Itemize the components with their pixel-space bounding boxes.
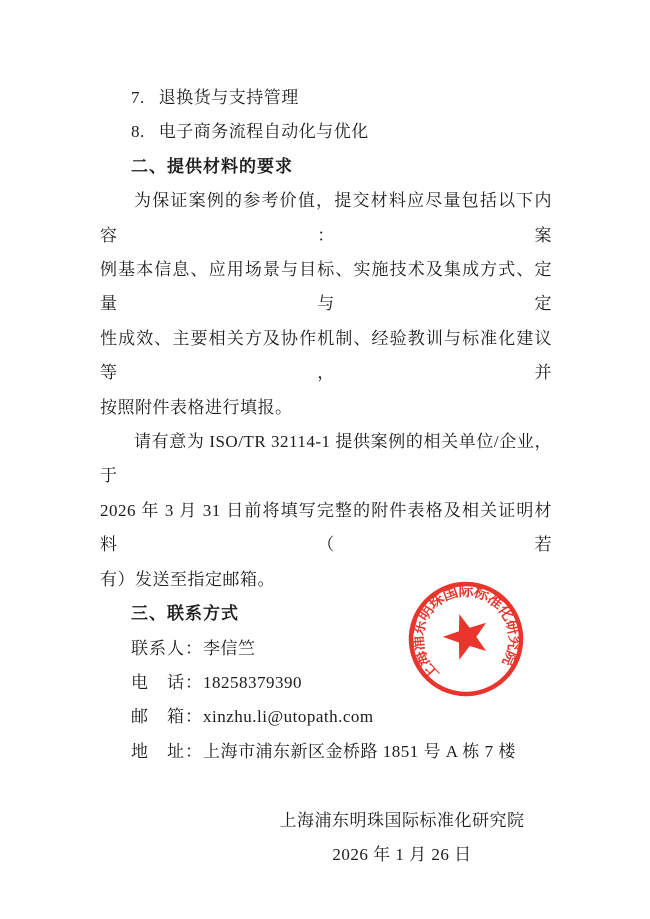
list-item-label: 电子商务流程自动化与优化: [159, 122, 369, 141]
list-item: 8.电子商务流程自动化与优化: [100, 115, 552, 149]
paragraph-line: 例基本信息、应用场景与目标、实施技术及集成方式、定量与定: [100, 253, 552, 322]
paragraph-line: 有）发送至指定邮箱。: [100, 563, 552, 597]
contact-line-person: 联系人：李信竺: [100, 632, 552, 666]
signature-organization: 上海浦东明珠国际标准化研究院: [262, 804, 542, 838]
contact-label: 电 话：: [131, 673, 203, 692]
contact-label: 邮 箱：: [131, 707, 203, 726]
list-item-number: 7.: [131, 81, 145, 115]
paragraph-line: 性成效、主要相关方及协作机制、经验教训与标准化建议等，并: [100, 322, 552, 391]
contact-line-phone: 电 话：18258379390: [100, 666, 552, 700]
section-heading-contact: 三、联系方式: [100, 597, 552, 631]
document-content: 7.退换货与支持管理 8.电子商务流程自动化与优化 二、提供材料的要求 为保证案…: [0, 0, 650, 872]
section-heading-materials: 二、提供材料的要求: [100, 150, 552, 184]
paragraph-line: 为保证案例的参考价值，提交材料应尽量包括以下内容：案: [100, 184, 552, 253]
spacer: [100, 769, 552, 803]
contact-address-value: 上海市浦东新区金桥路 1851 号 A 栋 7 楼: [203, 742, 516, 761]
list-item-label: 退换货与支持管理: [159, 88, 299, 107]
list-item-number: 8.: [131, 115, 145, 149]
contact-line-address: 地 址：上海市浦东新区金桥路 1851 号 A 栋 7 楼: [100, 735, 552, 769]
contact-label: 联系人：: [131, 639, 203, 658]
contact-label: 地 址：: [131, 742, 203, 761]
document-page: 7.退换货与支持管理 8.电子商务流程自动化与优化 二、提供材料的要求 为保证案…: [0, 0, 650, 919]
contact-person-value: 李信竺: [203, 639, 256, 658]
signature-date: 2026 年 1 月 26 日: [262, 838, 542, 872]
contact-email-value: xinzhu.li@utopath.com: [203, 707, 374, 726]
paragraph-line: 2026 年 3 月 31 日前将填写完整的附件表格及相关证明材料（若: [100, 494, 552, 563]
contact-line-email: 邮 箱：xinzhu.li@utopath.com: [100, 700, 552, 734]
paragraph-line: 请有意为 ISO/TR 32114-1 提供案例的相关单位/企业，于: [100, 425, 552, 494]
contact-phone-value: 18258379390: [203, 673, 302, 692]
signature-block: 上海浦东明珠国际标准化研究院 2026 年 1 月 26 日: [262, 804, 542, 873]
list-item: 7.退换货与支持管理: [100, 81, 552, 115]
paragraph-line: 按照附件表格进行填报。: [100, 391, 552, 425]
